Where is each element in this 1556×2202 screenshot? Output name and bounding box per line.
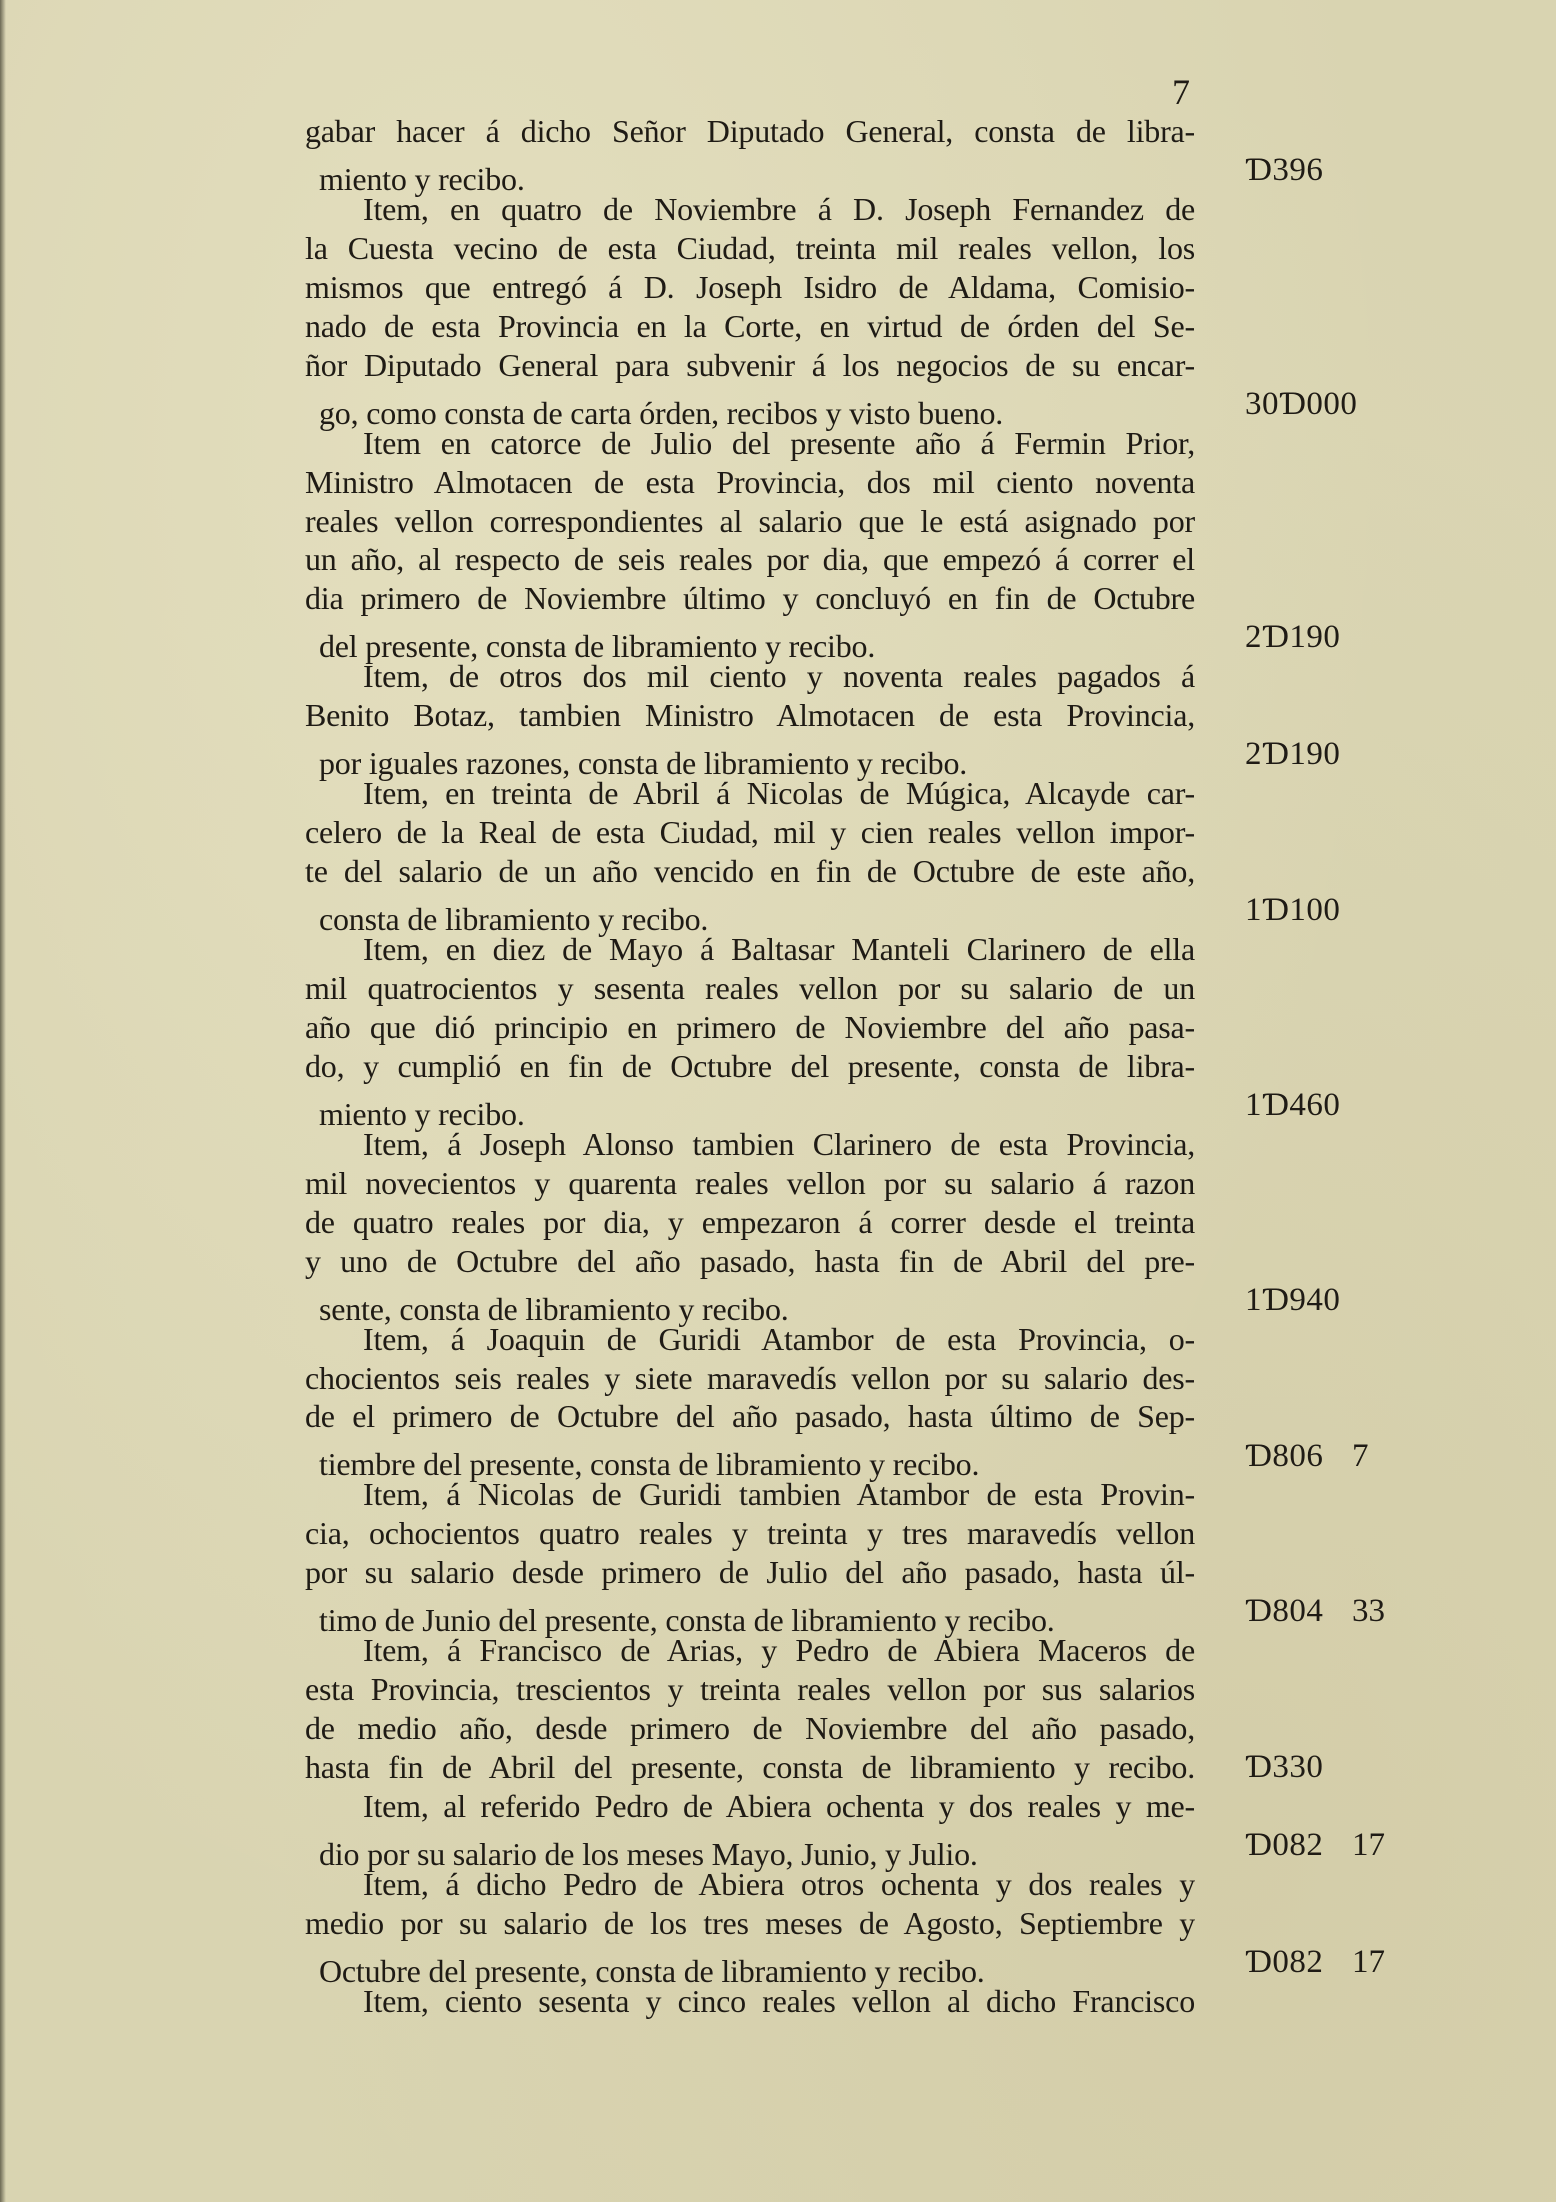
text-line-content: cia, ochocientos quatro reales y treinta… <box>305 1514 1195 1553</box>
text-line-content: Item, á Francisco de Arias, y Pedro de A… <box>305 1631 1195 1670</box>
dot-leader <box>1017 385 1195 424</box>
text-line: ñor Diputado General para subvenir á los… <box>305 346 1195 385</box>
text-line-content: do, y cumplió en fin de Octubre del pres… <box>305 1047 1195 1086</box>
amount-reales: 1Ɗ100 <box>1245 891 1345 930</box>
text-line: Item, á Nicolas de Guridi tambien Atambo… <box>305 1475 1195 1514</box>
text-line: Item, en diez de Mayo á Baltasar Manteli… <box>305 930 1195 969</box>
text-line: reales vellon correspondientes al salari… <box>305 502 1195 541</box>
dot-leader <box>999 1943 1195 1982</box>
amount-reales: Ɗ082 <box>1245 1943 1345 1982</box>
text-line: Octubre del presente, consta de libramie… <box>319 1943 1195 1982</box>
dot-leader <box>803 1281 1195 1320</box>
text-line-content: Item, en quatro de Noviembre á D. Joseph… <box>305 190 1195 229</box>
dot-leader <box>992 1826 1195 1865</box>
text-line: consta de libramiento y recibo. <box>319 891 1195 930</box>
text-line-content: por su salario desde primero de Julio de… <box>305 1553 1195 1592</box>
dot-leader <box>981 735 1195 774</box>
dot-leader <box>1069 1592 1195 1631</box>
text-line: por iguales razones, consta de libramien… <box>319 735 1195 774</box>
text-line-content: Item, en treinta de Abril á Nicolas de M… <box>305 774 1195 813</box>
text-line: Item, á Francisco de Arias, y Pedro de A… <box>305 1631 1195 1670</box>
text-line: gabar hacer á dicho Señor Diputado Gener… <box>305 112 1195 151</box>
text-line: Item, de otros dos mil ciento y noventa … <box>305 657 1195 696</box>
text-line-content: Item, á Joaquin de Guridi Atambor de est… <box>305 1320 1195 1359</box>
text-line-content: ñor Diputado General para subvenir á los… <box>305 346 1195 385</box>
text-line: la Cuesta vecino de esta Ciudad, treinta… <box>305 229 1195 268</box>
text-line: Item, á Joaquin de Guridi Atambor de est… <box>305 1320 1195 1359</box>
text-line-content: de el primero de Octubre del año pasado,… <box>305 1397 1195 1436</box>
amount-reales: 2Ɗ190 <box>1245 618 1345 657</box>
amount-reales: Ɗ396 <box>1245 151 1345 190</box>
text-line-content: mismos que entregó á D. Joseph Isidro de… <box>305 268 1195 307</box>
text-line: sente, consta de libramiento y recibo. <box>319 1281 1195 1320</box>
text-line: de el primero de Octubre del año pasado,… <box>305 1397 1195 1436</box>
text-line-content: mil novecientos y quarenta reales vellon… <box>305 1164 1195 1203</box>
text-line: mil novecientos y quarenta reales vellon… <box>305 1164 1195 1203</box>
text-line-content: Benito Botaz, tambien Ministro Almotacen… <box>305 696 1195 735</box>
text-line: chocientos seis reales y siete maravedís… <box>305 1359 1195 1398</box>
text-line-content: y uno de Octubre del año pasado, hasta f… <box>305 1242 1195 1281</box>
text-line: Item en catorce de Julio del presente añ… <box>305 424 1195 463</box>
text-line: por su salario desde primero de Julio de… <box>305 1553 1195 1592</box>
text-line: nado de esta Provincia en la Corte, en v… <box>305 307 1195 346</box>
text-line: y uno de Octubre del año pasado, hasta f… <box>305 1242 1195 1281</box>
text-line: miento y recibo. <box>319 151 1195 190</box>
text-line-content: un año, al respecto de seis reales por d… <box>305 540 1195 579</box>
dot-leader <box>539 1086 1195 1125</box>
text-line-content: Item, á dicho Pedro de Abiera otros oche… <box>305 1865 1195 1904</box>
text-line: do, y cumplió en fin de Octubre del pres… <box>305 1047 1195 1086</box>
text-line-content: de medio año, desde primero de Noviembre… <box>305 1709 1195 1748</box>
text-line-content: de quatro reales por dia, y empezaron á … <box>305 1203 1195 1242</box>
text-line-content: celero de la Real de esta Ciudad, mil y … <box>305 813 1195 852</box>
text-line: Benito Botaz, tambien Ministro Almotacen… <box>305 696 1195 735</box>
dot-leader <box>722 891 1195 930</box>
text-line-content: Item, en diez de Mayo á Baltasar Manteli… <box>305 930 1195 969</box>
amount-reales: Ɗ082 <box>1245 1826 1345 1865</box>
text-line-content: Item, al referido Pedro de Abiera ochent… <box>305 1787 1195 1826</box>
text-line: Item, á dicho Pedro de Abiera otros oche… <box>305 1865 1195 1904</box>
text-line: timo de Junio del presente, consta de li… <box>319 1592 1195 1631</box>
text-line-content: esta Provincia, trescientos y treinta re… <box>305 1670 1195 1709</box>
text-line: go, como consta de carta órden, recibos … <box>319 385 1195 424</box>
text-line: un año, al respecto de seis reales por d… <box>305 540 1195 579</box>
text-line: año que dió principio en primero de Novi… <box>305 1008 1195 1047</box>
text-line: Item, á Joseph Alonso tambien Clarinero … <box>305 1125 1195 1164</box>
text-line: Item, en quatro de Noviembre á D. Joseph… <box>305 190 1195 229</box>
dot-leader <box>993 1436 1195 1475</box>
text-line-content: gabar hacer á dicho Señor Diputado Gener… <box>305 112 1195 151</box>
amount-reales: Ɗ330 <box>1245 1748 1345 1787</box>
amount-reales: 30Ɗ000 <box>1245 385 1345 424</box>
text-line-content: medio por su salario de los tres meses d… <box>305 1904 1195 1943</box>
text-line-content: te del salario de un año vencido en fin … <box>305 852 1195 891</box>
text-line: te del salario de un año vencido en fin … <box>305 852 1195 891</box>
text-line-content: nado de esta Provincia en la Corte, en v… <box>305 307 1195 346</box>
text-line-content: Item, á Joseph Alonso tambien Clarinero … <box>305 1125 1195 1164</box>
text-line: de medio año, desde primero de Noviembre… <box>305 1709 1195 1748</box>
amount-reales: 1Ɗ940 <box>1245 1281 1345 1320</box>
text-line-content: Ministro Almotacen de esta Provincia, do… <box>305 463 1195 502</box>
text-line-content: año que dió principio en primero de Novi… <box>305 1008 1195 1047</box>
amount-maravedis: 17 <box>1352 1943 1385 1982</box>
amount-reales: 2Ɗ190 <box>1245 735 1345 774</box>
text-line: medio por su salario de los tres meses d… <box>305 1904 1195 1943</box>
text-line-content: dia primero de Noviembre último y conclu… <box>305 579 1195 618</box>
text-line-content: reales vellon correspondientes al salari… <box>305 502 1195 541</box>
text-line: tiembre del presente, consta de libramie… <box>319 1436 1195 1475</box>
amount-reales: 1Ɗ460 <box>1245 1086 1345 1125</box>
ledger-text-body: gabar hacer á dicho Señor Diputado Gener… <box>305 112 1195 2021</box>
text-line-content: Item en catorce de Julio del presente añ… <box>305 424 1195 463</box>
dot-leader <box>889 618 1195 657</box>
text-line: del presente, consta de libramiento y re… <box>319 618 1195 657</box>
text-line: miento y recibo. <box>319 1086 1195 1125</box>
text-line: Item, al referido Pedro de Abiera ochent… <box>305 1787 1195 1826</box>
text-line-content: Item, ciento sesenta y cinco reales vell… <box>305 1982 1195 2021</box>
text-line-content: la Cuesta vecino de esta Ciudad, treinta… <box>305 229 1195 268</box>
text-line: mismos que entregó á D. Joseph Isidro de… <box>305 268 1195 307</box>
text-line: celero de la Real de esta Ciudad, mil y … <box>305 813 1195 852</box>
amount-maravedis: 7 <box>1352 1437 1369 1476</box>
text-line: Item, ciento sesenta y cinco reales vell… <box>305 1982 1195 2021</box>
text-line: esta Provincia, trescientos y treinta re… <box>305 1670 1195 1709</box>
dot-leader <box>539 151 1195 190</box>
text-line: dio por su salario de los meses Mayo, Ju… <box>319 1826 1195 1865</box>
text-line: Item, en treinta de Abril á Nicolas de M… <box>305 774 1195 813</box>
text-line-content: hasta fin de Abril del presente, consta … <box>305 1748 1195 1787</box>
page-number: 7 <box>1172 72 1190 112</box>
text-line-content: mil quatrocientos y sesenta reales vello… <box>305 969 1195 1008</box>
text-line: de quatro reales por dia, y empezaron á … <box>305 1203 1195 1242</box>
text-line-content: Item, de otros dos mil ciento y noventa … <box>305 657 1195 696</box>
text-line: hasta fin de Abril del presente, consta … <box>305 1748 1195 1787</box>
text-line: dia primero de Noviembre último y conclu… <box>305 579 1195 618</box>
text-line-content: Item, á Nicolas de Guridi tambien Atambo… <box>305 1475 1195 1514</box>
amount-maravedis: 17 <box>1352 1826 1385 1865</box>
text-line-content: chocientos seis reales y siete maravedís… <box>305 1359 1195 1398</box>
text-line: mil quatrocientos y sesenta reales vello… <box>305 969 1195 1008</box>
page-left-edge-shadow <box>0 0 6 2202</box>
amount-maravedis: 33 <box>1352 1592 1385 1631</box>
amount-reales: Ɗ804 <box>1245 1592 1345 1631</box>
amount-reales: Ɗ806 <box>1245 1437 1345 1476</box>
text-line: cia, ochocientos quatro reales y treinta… <box>305 1514 1195 1553</box>
text-line: Ministro Almotacen de esta Provincia, do… <box>305 463 1195 502</box>
